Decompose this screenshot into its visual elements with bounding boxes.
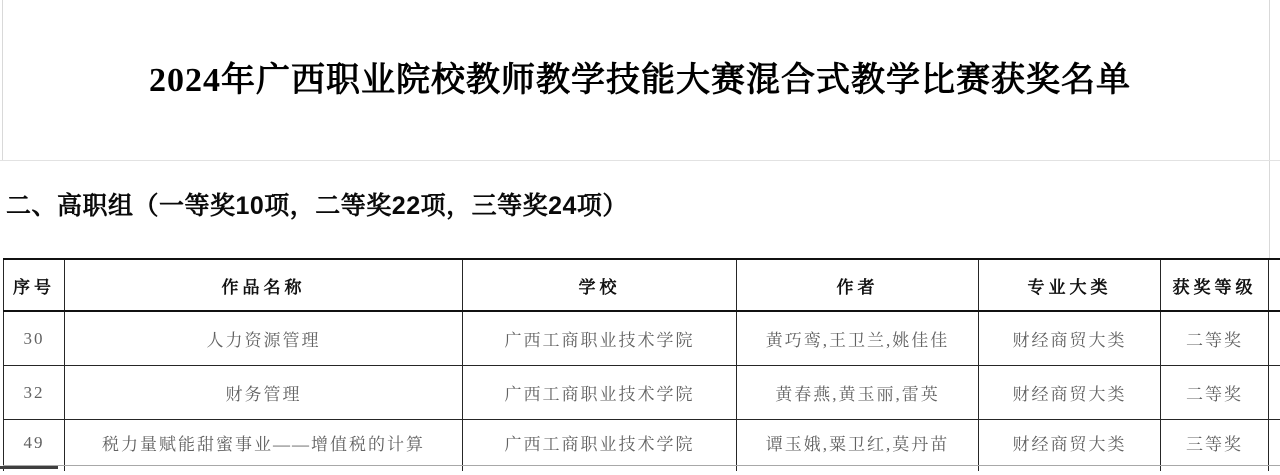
col-header-category: 专业大类 <box>979 259 1161 311</box>
col-header-no: 序号 <box>4 259 65 311</box>
cell-category: 财经商贸大类 <box>979 366 1161 420</box>
table-header-row: 序号 作品名称 学校 作者 专业大类 获奖等级 <box>4 259 1280 311</box>
cell-work: 财务管理 <box>65 366 463 420</box>
cell-category: 财经商贸大类 <box>979 420 1161 466</box>
cell-award: 三等奖 <box>1161 420 1269 466</box>
section-heading: 二、高职组（一等奖10项，二等奖22项，三等奖24项） <box>6 186 628 222</box>
cell-work: 税力量赋能甜蜜事业——增值税的计算 <box>65 420 463 466</box>
cell-clipped <box>1269 366 1280 420</box>
cell-award: 二等奖 <box>1161 366 1269 420</box>
bottom-border-dark-segment <box>0 466 58 469</box>
awards-table: 序号 作品名称 学校 作者 专业大类 获奖等级 30 人力资源管理 广西工商职业… <box>3 258 1280 471</box>
cell-no: 32 <box>4 366 65 420</box>
cell-school: 广西工商职业技术学院 <box>463 366 737 420</box>
cell-clipped <box>1269 420 1280 466</box>
cell-no: 30 <box>4 311 65 366</box>
document-page: 2024年广西职业院校教师教学技能大赛混合式教学比赛获奖名单 二、高职组（一等奖… <box>0 0 1280 475</box>
col-header-award: 获奖等级 <box>1161 259 1269 311</box>
table-row-partial <box>4 466 1280 472</box>
table-row: 30 人力资源管理 广西工商职业技术学院 黄巧鸾,王卫兰,姚佳佳 财经商贸大类 … <box>4 311 1280 366</box>
cell-school: 广西工商职业技术学院 <box>463 311 737 366</box>
cell-school: 广西工商职业技术学院 <box>463 420 737 466</box>
cell-authors: 黄春燕,黄玉丽,雷英 <box>737 366 979 420</box>
cell-work: 人力资源管理 <box>65 311 463 366</box>
col-header-work: 作品名称 <box>65 259 463 311</box>
col-header-authors: 作者 <box>737 259 979 311</box>
cell-clipped <box>1269 311 1280 366</box>
table-row: 49 税力量赋能甜蜜事业——增值税的计算 广西工商职业技术学院 谭玉娥,粟卫红,… <box>4 420 1280 466</box>
cell-authors: 黄巧鸾,王卫兰,姚佳佳 <box>737 311 979 366</box>
col-header-school: 学校 <box>463 259 737 311</box>
page-edge-right-line <box>1269 0 1270 258</box>
col-header-clipped <box>1269 259 1280 311</box>
cell-no: 49 <box>4 420 65 466</box>
cell-award: 二等奖 <box>1161 311 1269 366</box>
page-section-divider-line <box>0 160 1280 161</box>
table-row: 32 财务管理 广西工商职业技术学院 黄春燕,黄玉丽,雷英 财经商贸大类 二等奖 <box>4 366 1280 420</box>
cell-category: 财经商贸大类 <box>979 311 1161 366</box>
document-title: 2024年广西职业院校教师教学技能大赛混合式教学比赛获奖名单 <box>0 52 1280 101</box>
cell-authors: 谭玉娥,粟卫红,莫丹苗 <box>737 420 979 466</box>
